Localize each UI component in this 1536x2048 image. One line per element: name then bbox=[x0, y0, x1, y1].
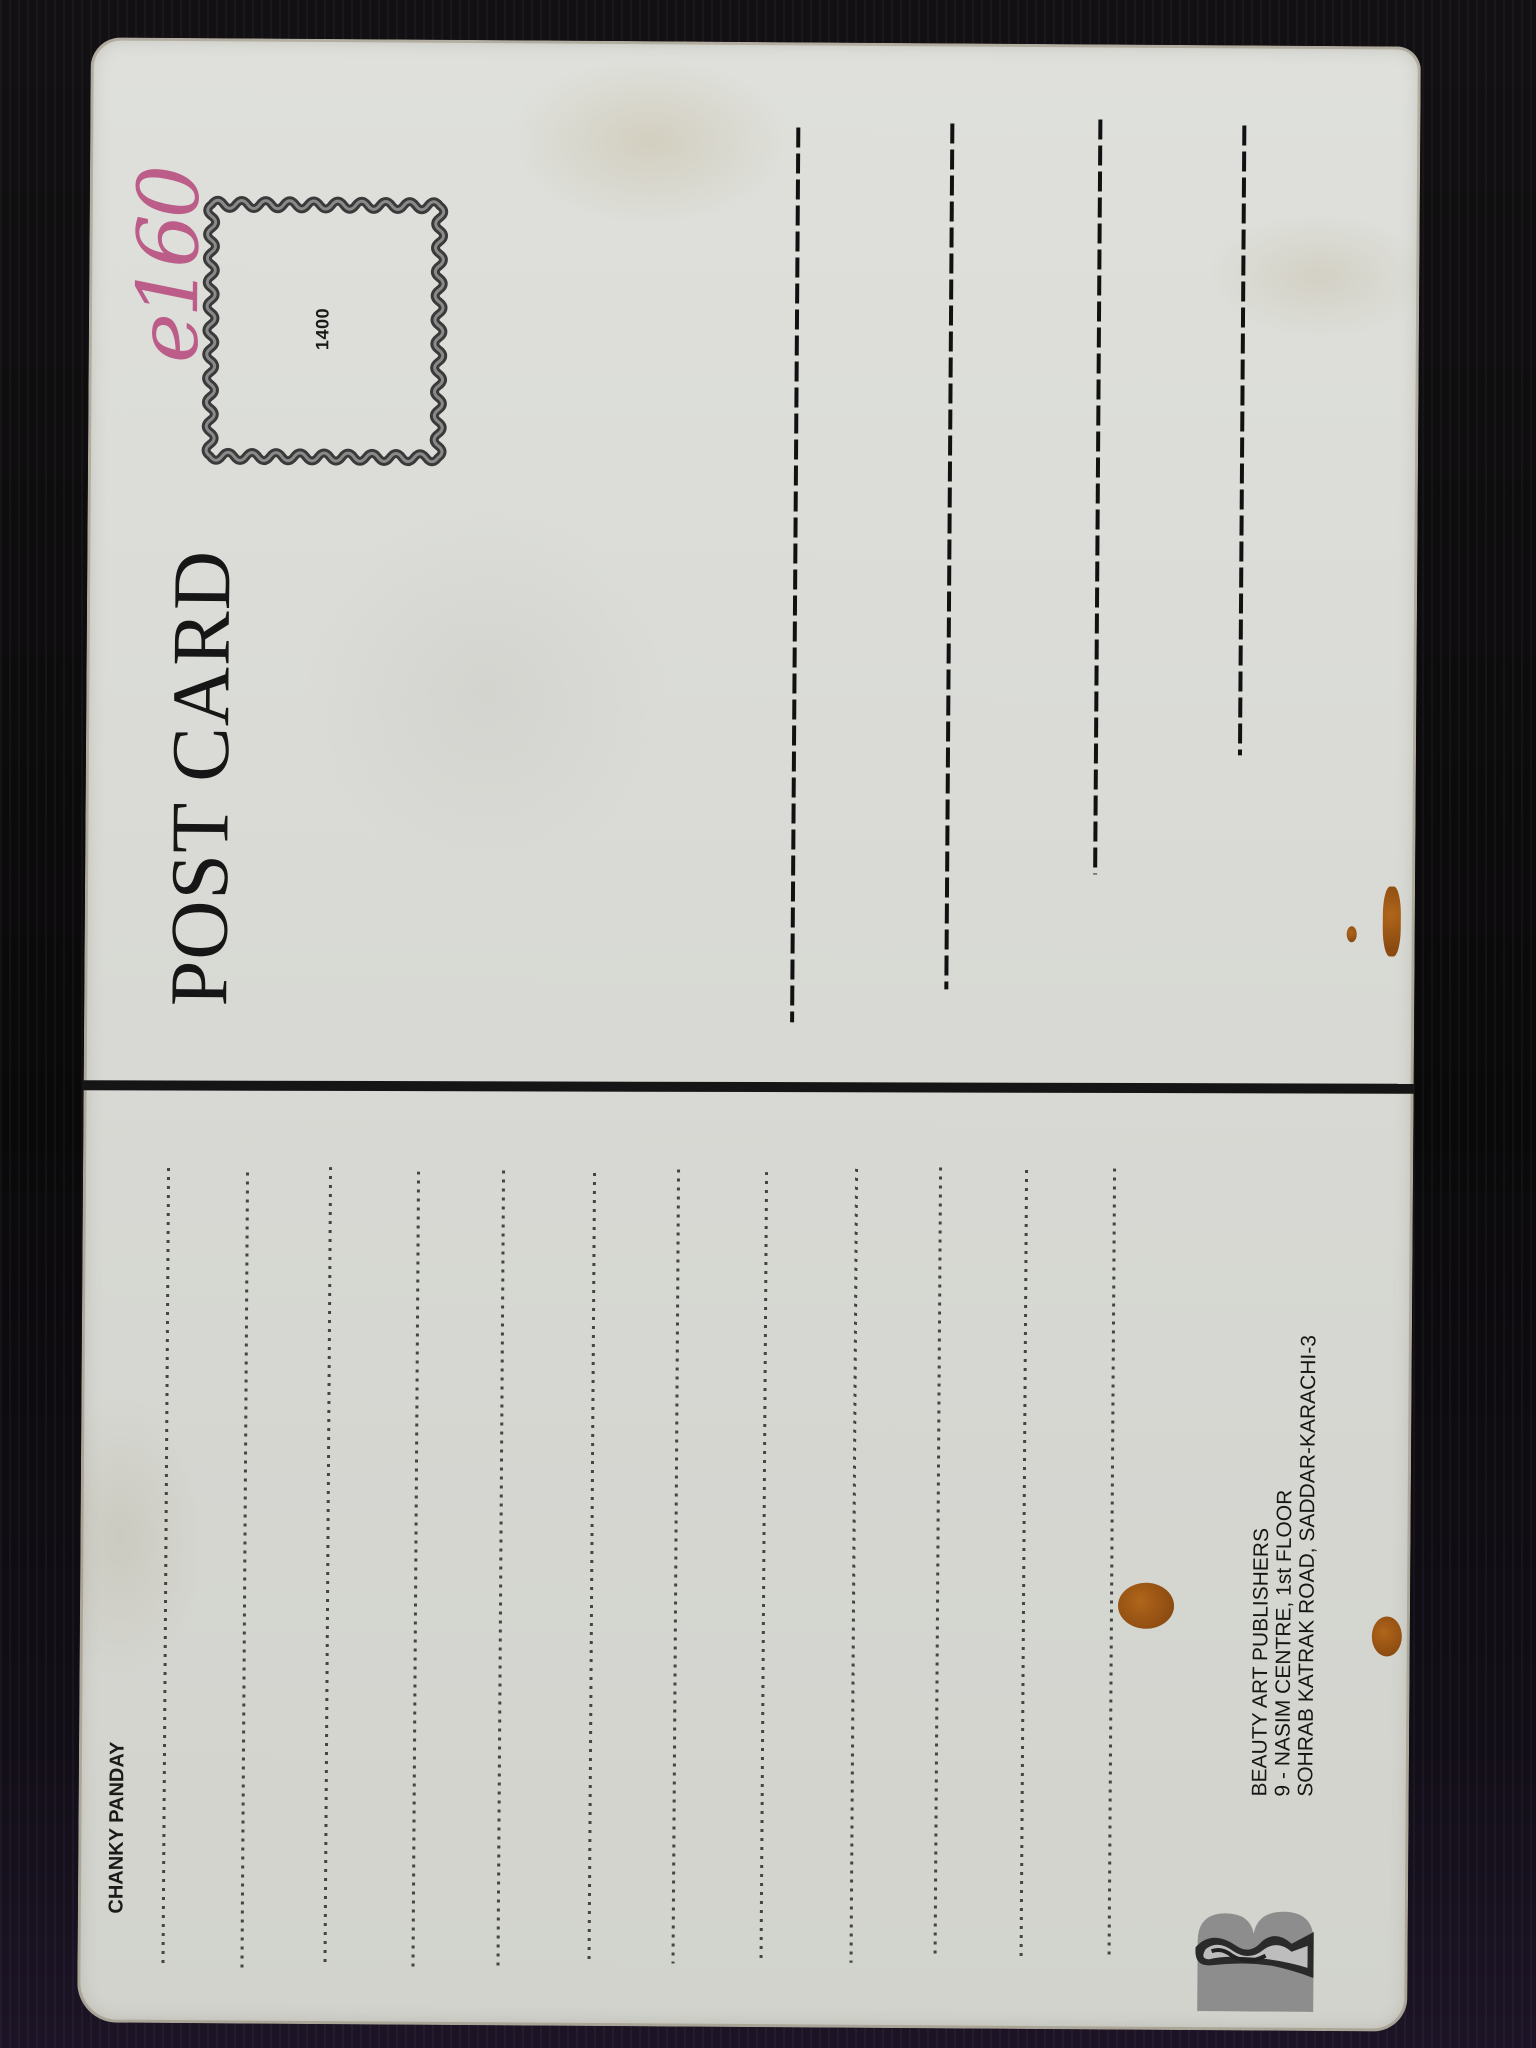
postcard-title-text: POST CARD bbox=[152, 550, 249, 1007]
address-line-3 bbox=[1093, 119, 1102, 874]
message-line-2 bbox=[240, 1172, 249, 1968]
address-line-1 bbox=[790, 127, 800, 1022]
message-line-8 bbox=[760, 1172, 769, 1962]
message-line-7 bbox=[672, 1170, 681, 1964]
message-line-11 bbox=[1020, 1170, 1029, 1960]
message-line-1 bbox=[161, 1168, 170, 1968]
stamp-value: 1400 bbox=[312, 308, 333, 350]
message-line-4 bbox=[411, 1172, 420, 1968]
message-line-5 bbox=[496, 1170, 505, 1966]
stamp-box: 1400 bbox=[196, 190, 450, 468]
stain-spot bbox=[1383, 886, 1401, 956]
publisher-logo-icon bbox=[1191, 1907, 1320, 2012]
address-line-2 bbox=[944, 123, 954, 989]
message-line-12 bbox=[1108, 1169, 1117, 1959]
center-divider bbox=[84, 1080, 1414, 1093]
address-line-4 bbox=[1238, 125, 1246, 755]
stain-spot bbox=[1372, 1616, 1402, 1656]
postcard-title: POST CARD bbox=[144, 498, 258, 1059]
stain-spot bbox=[1118, 1583, 1174, 1629]
message-line-9 bbox=[850, 1169, 859, 1963]
subject-label: CHANKY PANDAY bbox=[99, 1677, 135, 1977]
stain-spot bbox=[1347, 926, 1357, 942]
subject-label-text: CHANKY PANDAY bbox=[105, 1742, 129, 1914]
message-line-6 bbox=[588, 1173, 597, 1963]
message-line-10 bbox=[934, 1167, 943, 1959]
publisher-address-line1: 9 - NASIM CENTRE, 1st FLOOR bbox=[1271, 1335, 1297, 1797]
message-line-3 bbox=[323, 1167, 332, 1967]
publisher-info: BEAUTY ART PUBLISHERS 9 - NASIM CENTRE, … bbox=[1226, 1235, 1343, 1896]
publisher-name: BEAUTY ART PUBLISHERS bbox=[1248, 1335, 1274, 1797]
postcard: e160 1400 POST CARD CHANKY PANDAY bbox=[77, 37, 1421, 2031]
publisher-address-line2: SOHRAB KATRAK ROAD, SADDAR-KARACHI-3 bbox=[1294, 1335, 1320, 1797]
